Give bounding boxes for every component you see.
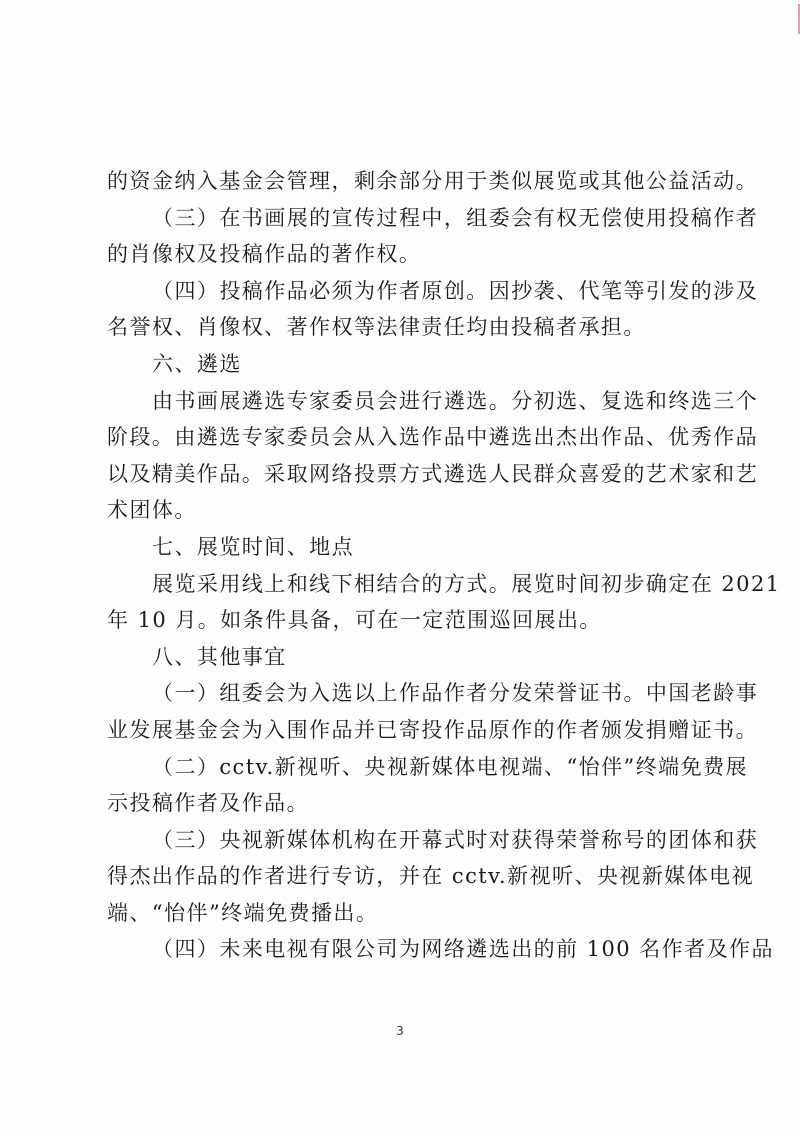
text-line: 年 10 月。如条件具备，可在一定范围巡回展出。: [107, 602, 695, 639]
text-line: 由书画展遴选专家委员会进行遴选。分初选、复选和终选三个: [107, 383, 695, 420]
text-line: 业发展基金会为入围作品并已寄投作品原作的作者颁发捐赠证书。: [107, 712, 695, 749]
text-line: 名誉权、肖像权、著作权等法律责任均由投稿者承担。: [107, 309, 695, 346]
text-line: 展览采用线上和线下相结合的方式。展览时间初步确定在 2021: [107, 566, 695, 603]
text-line: 的资金纳入基金会管理，剩余部分用于类似展览或其他公益活动。: [107, 163, 695, 200]
section-heading-other-matters: 八、其他事宜: [107, 639, 695, 676]
text-line: （四）投稿作品必须为作者原创。因抄袭、代笔等引发的涉及: [107, 273, 695, 310]
text-line: 的肖像权及投稿作品的著作权。: [107, 236, 695, 273]
text-line: 以及精美作品。采取网络投票方式遴选人民群众喜爱的艺术家和艺: [107, 456, 695, 493]
text-line: 术团体。: [107, 492, 695, 529]
page-number: 3: [0, 1024, 800, 1038]
text-line: （三）央视新媒体机构在开幕式时对获得荣誉称号的团体和获: [107, 822, 695, 859]
section-heading-exhibition-time-place: 七、展览时间、地点: [107, 529, 695, 566]
document-page: 的资金纳入基金会管理，剩余部分用于类似展览或其他公益活动。 （三）在书画展的宣传…: [0, 0, 800, 1131]
text-line: （四）未来电视有限公司为网络遴选出的前 100 名作者及作品: [107, 931, 695, 968]
section-heading-selection: 六、遴选: [107, 346, 695, 383]
text-line: （一）组委会为入选以上作品作者分发荣誉证书。中国老龄事: [107, 675, 695, 712]
text-line: 阶段。由遴选专家委员会从入选作品中遴选出杰出作品、优秀作品: [107, 419, 695, 456]
text-line: 端、“怡伴”终端免费播出。: [107, 895, 695, 932]
document-body: 的资金纳入基金会管理，剩余部分用于类似展览或其他公益活动。 （三）在书画展的宣传…: [107, 163, 695, 968]
text-line: 得杰出作品的作者进行专访，并在 cctv.新视听、央视新媒体电视: [107, 858, 695, 895]
text-line: （二）cctv.新视听、央视新媒体电视端、“怡伴”终端免费展: [107, 749, 695, 786]
text-line: （三）在书画展的宣传过程中，组委会有权无偿使用投稿作者: [107, 200, 695, 237]
text-line: 示投稿作者及作品。: [107, 785, 695, 822]
